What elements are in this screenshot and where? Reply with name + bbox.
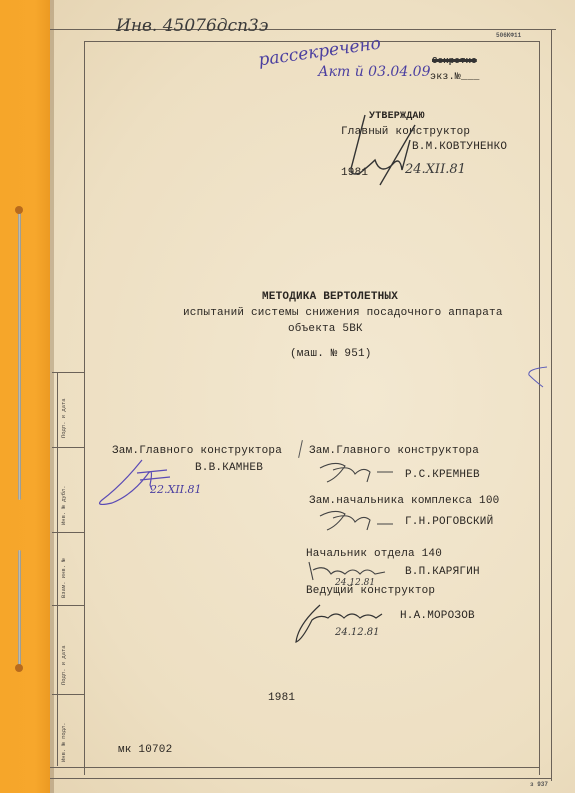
act-note: Акт й 03.04.09	[318, 64, 431, 80]
copy-number: экз.№___	[430, 72, 480, 83]
signature	[92, 455, 182, 510]
binding-thread	[18, 210, 21, 500]
page-edge-shadow	[50, 0, 54, 793]
frame-left-border	[84, 41, 85, 775]
signatory-role: Зам.Главного конструктора	[309, 445, 479, 457]
side-stamp-label: Подп. и дата	[60, 645, 67, 685]
approval-name: В.М.КОВТУНЕНКО	[412, 141, 507, 153]
side-stamp-left	[57, 372, 58, 766]
struck-secrecy-stamp: Секретно	[432, 56, 477, 66]
signatory-name: Р.С.КРЕМНЕВ	[405, 469, 480, 481]
side-stamp-label: Инв. № подл.	[60, 722, 67, 762]
signature	[290, 600, 390, 650]
side-stamp-divider	[52, 694, 84, 695]
form-code: 506КФ11	[496, 32, 521, 39]
outer-right-border	[551, 29, 552, 781]
side-stamp-label: Инв. № дубл.	[60, 485, 67, 525]
binding-hole	[15, 664, 23, 672]
side-stamp-divider	[52, 372, 84, 373]
copy-label: экз.№	[430, 72, 461, 83]
side-stamp-divider	[52, 447, 84, 448]
mk-number: мк 10702	[118, 744, 172, 756]
title-line-4: (маш. № 951)	[290, 348, 372, 360]
signatory-name: Н.А.МОРОЗОВ	[400, 610, 475, 622]
document-page	[50, 0, 575, 793]
folder-cover	[0, 0, 50, 793]
corner-code: з 937	[530, 781, 548, 788]
signatory-role: Ведущий конструктор	[306, 585, 435, 597]
binding-hole	[15, 206, 23, 214]
inventory-number-handwritten: Инв. 45076дсп3э	[116, 16, 268, 36]
signatory-role: Зам.начальника комплекса 100	[309, 495, 499, 507]
title-line-3: объекта 5ВК	[288, 323, 363, 335]
signature	[315, 508, 395, 533]
signatory-name: В.В.КАМНЕВ	[195, 462, 263, 474]
signatory-date-handwritten: 24.12.81	[335, 627, 380, 638]
side-stamp-label: Взам. инв. №	[60, 558, 67, 598]
frame-right-border	[539, 41, 540, 775]
signatory-name: Г.Н.РОГОВСКИЙ	[405, 516, 493, 528]
signatory-name: В.П.КАРЯГИН	[405, 566, 480, 578]
side-stamp-divider	[52, 532, 84, 533]
approval-signature	[340, 105, 420, 190]
footer-year: 1981	[268, 692, 295, 704]
frame-bottom-border	[50, 767, 540, 768]
side-stamp-divider	[52, 605, 84, 606]
title-line-2: испытаний системы снижения посадочного а…	[183, 307, 503, 319]
copy-value: ___	[461, 72, 480, 83]
side-stamp-label: Подп. и дата	[60, 398, 67, 438]
margin-pen-mark	[525, 365, 555, 390]
signature	[315, 460, 395, 485]
binding-thread	[18, 550, 21, 668]
signatory-role: Начальник отдела 140	[306, 548, 442, 560]
outer-bottom-border	[50, 778, 552, 779]
title-line-1: МЕТОДИКА ВЕРТОЛЕТНЫХ	[262, 291, 398, 303]
